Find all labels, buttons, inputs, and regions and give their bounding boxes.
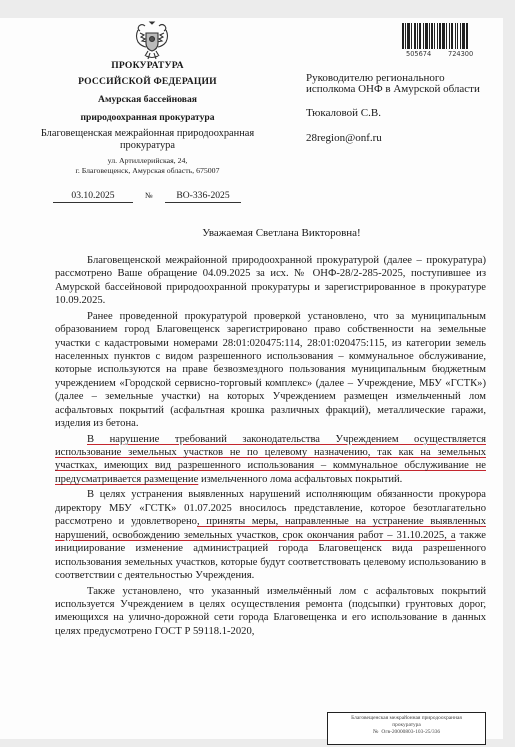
- department-name: Благовещенская межрайонная природоохранн…: [40, 128, 255, 152]
- number-sign: №: [145, 191, 153, 200]
- paragraph-4: В целях устранения выявленных нарушений …: [55, 488, 486, 582]
- barcode: 505674 724300: [398, 23, 494, 61]
- barcode-digits-right: 724300: [448, 50, 473, 58]
- date-number-line: 03.10.2025 № ВО-336-2025: [53, 190, 253, 204]
- stamp-number-sign: №: [373, 729, 379, 735]
- recipient-title: Руководителю регионального исполкома ОНФ…: [306, 73, 491, 94]
- address-line2: г. Благовещенск, Амурская область, 67500…: [40, 166, 255, 176]
- address-line1: ул. Артиллерийская, 24,: [40, 156, 255, 166]
- paragraph-text: измельченного лома асфальтовых покрытий.: [198, 474, 402, 485]
- paragraph-1: Благовещенской межрайонной природоохранн…: [55, 254, 486, 308]
- stamp-number: Огв-20000803-103-25/336: [381, 729, 440, 735]
- letter-body: Благовещенской межрайонной природоохранн…: [55, 254, 486, 640]
- letter-number: ВО-336-2025: [165, 190, 241, 203]
- paragraph-3: В нарушение требований законодательства …: [55, 433, 486, 487]
- sender-address: ул. Артиллерийская, 24, г. Благовещенск,…: [40, 156, 255, 176]
- salutation: Уважаемая Светлана Викторовна!: [0, 227, 503, 239]
- stamp-line1: Благовещенская межрайонная природоохранн…: [328, 715, 485, 722]
- recipient-name: Тюкаловой С.В.: [306, 108, 491, 119]
- registration-stamp: Благовещенская межрайонная природоохранн…: [327, 712, 486, 745]
- recipient-email: 28region@onf.ru: [306, 133, 491, 144]
- stamp-number-line: №Огв-20000803-103-25/336: [328, 729, 485, 736]
- org-name-line3: Амурская бассейновая: [40, 94, 255, 105]
- org-name-line2: РОССИЙСКОЙ ФЕДЕРАЦИИ: [40, 76, 255, 87]
- org-name-line1: ПРОКУРАТУРА: [40, 60, 255, 71]
- paragraph-5: Также установлено, что указанный измельч…: [55, 585, 486, 639]
- document-page: ПРОКУРАТУРА РОССИЙСКОЙ ФЕДЕРАЦИИ Амурска…: [0, 18, 503, 739]
- recipient-block: Руководителю регионального исполкома ОНФ…: [306, 73, 491, 143]
- org-name-line4: природоохранная прокуратура: [40, 112, 255, 123]
- stamp-line2: прокуратура: [328, 722, 485, 729]
- barcode-bars: [402, 23, 490, 49]
- paragraph-2: Ранее проведенной прокуратурой проверкой…: [55, 310, 486, 431]
- letter-date: 03.10.2025: [53, 190, 133, 203]
- coat-of-arms-icon: [132, 20, 172, 62]
- barcode-digits-left: 505674: [406, 50, 431, 58]
